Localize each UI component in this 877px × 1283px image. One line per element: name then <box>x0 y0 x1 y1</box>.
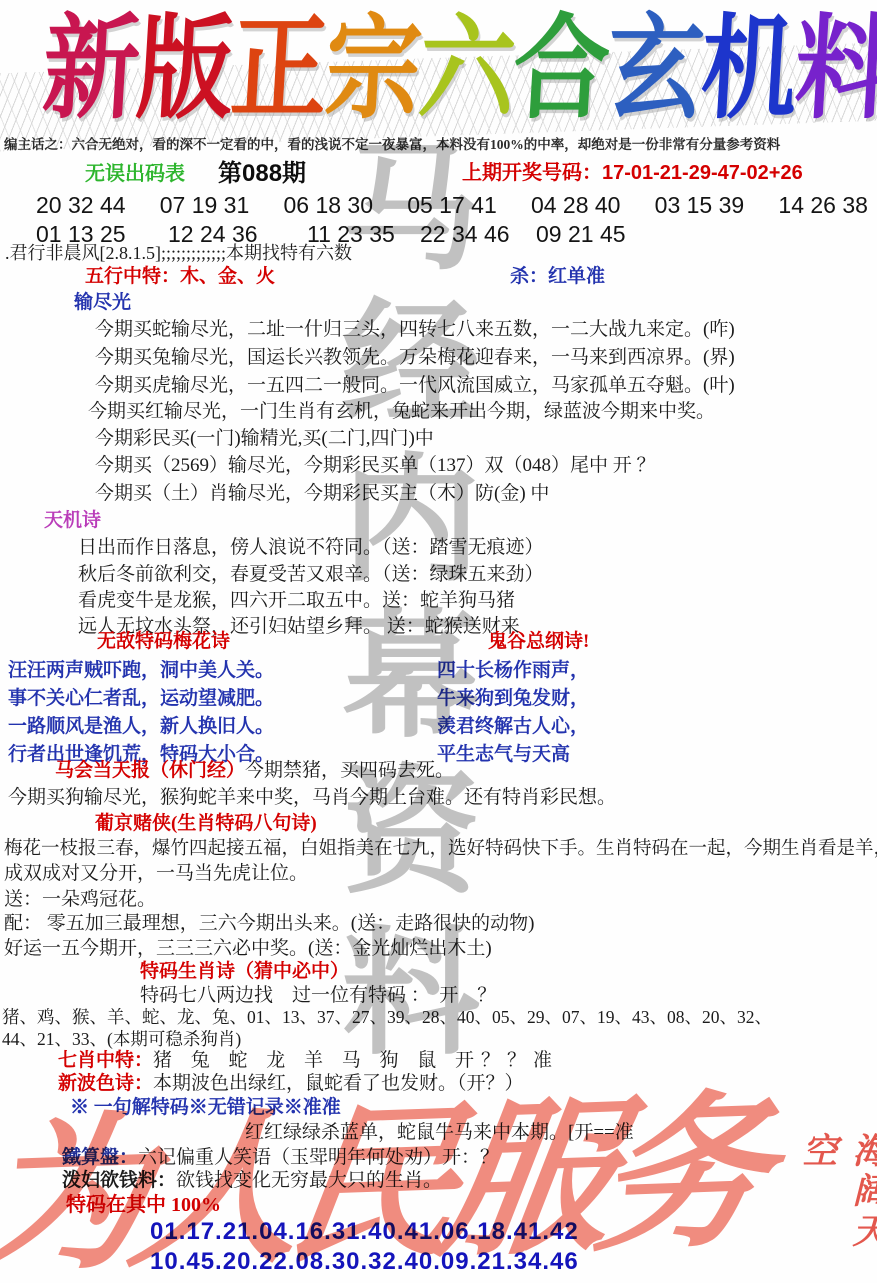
issue-number: 第088期 <box>218 160 306 188</box>
shujinguang-line: 今期买（土）肖输尽光，今期彩民买主（木）防(金) 中 <box>95 483 549 505</box>
pujing-heading: 葡京赌侠(生肖特码八句诗) <box>95 813 317 835</box>
tema-shengxiao-line3: 44、21、33、(本期可稳杀狗肖) <box>2 1029 241 1049</box>
qixiao-line: 七肖中特：猪 兔 蛇 龙 羊 马 狗 鼠 开？？准 <box>58 1050 559 1072</box>
qixiao-text: 猪 兔 蛇 龙 羊 马 狗 鼠 开？？准 <box>153 1050 559 1071</box>
mahui-text: 今期禁猪，买四码去死。 <box>245 760 454 781</box>
meihuashi-heading: 无敌特码梅花诗 <box>97 631 230 653</box>
jietema-line1: ※ 一句解特码※无错记录※准准 <box>70 1097 341 1119</box>
shujinguang-heading: 输尽光 <box>74 292 131 314</box>
number-group: 20 32 44 <box>36 192 126 219</box>
number-grid-row-1: 20 32 44 07 19 31 06 18 30 05 17 41 04 2… <box>36 192 868 219</box>
tiesuanpan-label: 鐵算盤： <box>62 1147 138 1168</box>
pujing-pei: 配： 零五加三最理想，三六今期出头来。(送：走路很快的动物) <box>4 913 534 935</box>
wuxing-sha: 杀：红单准 <box>510 266 605 288</box>
tema-shengxiao-line1: 特码七八两边找 过一位有特码 ： 开 ？ <box>140 985 496 1007</box>
watermark-char: 资 <box>342 764 492 902</box>
xinbose-label: 新波色诗： <box>58 1073 153 1094</box>
pofu-text: 欲钱找变化无穷最大只的生肖。 <box>176 1170 442 1191</box>
tema-shengxiao-line2: 猪、鸡、猴、羊、蛇、龙、兔、01、13、37、27、39、28、40、05、29… <box>2 1007 772 1027</box>
pofu-label: 泼妇欲钱料： <box>62 1170 176 1191</box>
guigu-line: 四十长杨作雨声， <box>437 660 589 682</box>
tianjishi-heading: 天机诗 <box>44 510 101 532</box>
number-group: 04 28 40 <box>531 192 621 219</box>
tip-sheet-page: 新版正宗六合玄机料 编主话之：六合无绝对，看的深不一定看的中，看的浅说不定一夜暴… <box>0 0 877 1283</box>
mahui-label: 马会当天报（休门经） <box>55 760 245 781</box>
guigu-line: 牛来狗到兔发财， <box>437 688 589 710</box>
tema-shengxiao-heading: 特码生肖诗（猜中必中） <box>140 961 349 983</box>
qixiao-label: 七肖中特： <box>58 1050 153 1071</box>
tianjishi-line: 日出而作日落息，傍人浪说不符同。（送：踏雪无痕迹） <box>78 537 544 559</box>
shujinguang-line: 今期买红输尽光，一门生肖有玄机，兔蛇来开出今期，绿蓝波今期来中奖。 <box>88 401 715 423</box>
number-group: 05 17 41 <box>407 192 497 219</box>
pujing-haoyun: 好运一五今期开，三三三六必中奖。(送：金光灿烂出木土) <box>4 938 492 960</box>
jietema-line2: 红红绿绿杀蓝单，蛇鼠牛马来中本期。[开==准 <box>245 1122 634 1144</box>
shujinguang-line: 今期买（2569）输尽光，今期彩民买单（137）双（048）尾中 开 ？ <box>95 455 656 477</box>
wuxing-zhongte: 五行中特：木、金、火 <box>85 266 275 288</box>
mahui-line: 马会当天报（休门经）今期禁猪，买四码去死。 <box>55 760 454 782</box>
shujinguang-line: 今期买兔输尽光，国运长兴教领先。万朵梅花迎春来，一马来到西凉界。(界) <box>95 347 735 369</box>
number-group: 06 18 30 <box>283 192 373 219</box>
tema100-label: 特码在其中 100% <box>66 1194 221 1217</box>
number-group: 14 26 38 <box>778 192 868 219</box>
tianjishi-line: 看虎变牛是龙猴，四六开二取五中。送：蛇羊狗马猪 <box>78 590 515 612</box>
guigu-line: 平生志气与天高 <box>437 744 570 766</box>
tema100-numbers-row1: 01.17.21.04.16.31.40.41.06.18.41.42 <box>150 1218 579 1246</box>
corner-vertical-text: 海阔天空 <box>792 1132 877 1282</box>
guigu-line: 羡君终解古人心， <box>437 716 589 738</box>
tiesuanpan-line: 鐵算盤：六记偏重人笑语（玉斝明年何处劝）开：？ <box>62 1147 499 1169</box>
meihuashi-line: 汪汪两声贼吓跑，洞中美人关。 <box>8 660 274 682</box>
tianjishi-line: 秋后冬前欲利交，春夏受苦又艰辛。（送：绿珠五来劲） <box>78 564 544 586</box>
pujing-line1: 梅花一枝报三春，爆竹四起接五福，白姐指美在七九，选好特码快下手。生肖特码在一起，… <box>4 839 877 860</box>
shujinguang-line: 今期买虎输尽光，一五四二一般同。一代风流国威立，马家孤单五夺魁。(叶) <box>95 375 735 397</box>
xinbose-text: 本期波色出绿红，鼠蛇看了也发财。（开？） <box>153 1073 524 1094</box>
last-draw-numbers: 上期开奖号码：17-01-21-29-47-02+26 <box>462 162 803 185</box>
code-table-label: 无误出码表 <box>85 163 185 186</box>
shujinguang-line: 今期买蛇输尽光，二址一什归三头，四转七八来五数，一二大战九来定。(咋) <box>95 319 735 341</box>
number-group: 07 19 31 <box>160 192 250 219</box>
editor-note: 编主话之：六合无绝对，看的深不一定看的中，看的浅说不定一夜暴富，本料没有100%… <box>4 137 780 153</box>
xinbose-line: 新波色诗：本期波色出绿红，鼠蛇看了也发财。（开？） <box>58 1073 524 1095</box>
code-table-note: .君行非晨风[2.8.1.5];;;;;;;;;;;;;本期找特有六数 <box>5 243 352 264</box>
shujinguang-line: 今期彩民买(一门)输精光,买(二门,四门)中 <box>95 428 434 450</box>
number-group: 03 15 39 <box>655 192 745 219</box>
guigu-heading: 鬼谷总纲诗! <box>488 631 589 653</box>
number-group: 09 21 45 <box>536 221 626 248</box>
pujing-line2: 成双成对又分开，一马当先虎让位。 <box>4 863 308 885</box>
pofu-line: 泼妇欲钱料：欲钱找变化无穷最大只的生肖。 <box>62 1170 442 1192</box>
tema100-numbers-row2: 10.45.20.22.08.30.32.40.09.21.34.46 <box>150 1248 579 1276</box>
meihuashi-line: 事不关心仁者乱，运动望减肥。 <box>8 688 274 710</box>
pujing-song: 送：一朵鸡冠花。 <box>4 889 156 911</box>
tiesuanpan-text: 六记偏重人笑语（玉斝明年何处劝）开：？ <box>138 1147 499 1168</box>
meihuashi-line: 一路顺风是渔人，新人换旧人。 <box>8 716 274 738</box>
mahui-line2: 今期买狗输尽光，猴狗蛇羊来中奖，马肖今期上台难。还有特肖彩民想。 <box>8 787 616 809</box>
number-group: 22 34 46 <box>420 221 510 248</box>
page-title: 新版正宗六合玄机料 <box>48 0 838 132</box>
